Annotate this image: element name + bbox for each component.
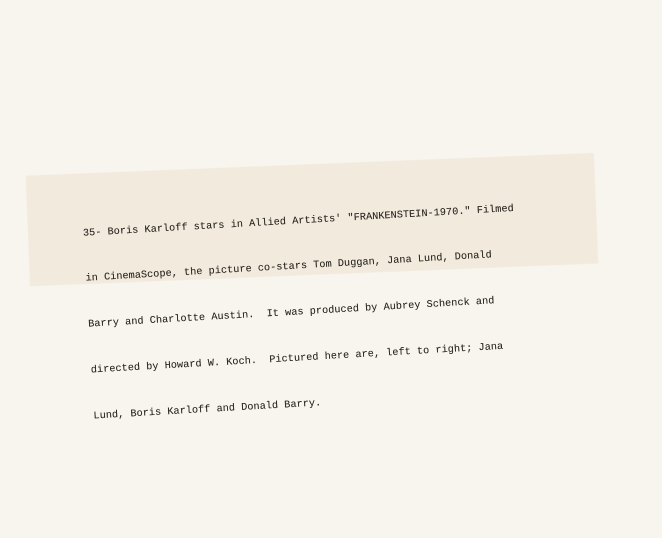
caption-line: directed by Howard W. Koch. Pictured her…: [91, 339, 523, 379]
caption-paper-strip: 35- Boris Karloff stars in Allied Artist…: [26, 153, 598, 286]
caption-line: 35- Boris Karloff stars in Allied Artist…: [83, 202, 515, 242]
caption-line: in CinemaScope, the picture co-stars Tom…: [85, 247, 517, 287]
typed-caption: 35- Boris Karloff stars in Allied Artist…: [81, 171, 527, 455]
caption-line: Barry and Charlotte Austin. It was produ…: [88, 293, 520, 333]
caption-line: Lund, Boris Karloff and Donald Barry.: [93, 385, 525, 425]
photo-back-page: 35- Boris Karloff stars in Allied Artist…: [0, 0, 662, 538]
